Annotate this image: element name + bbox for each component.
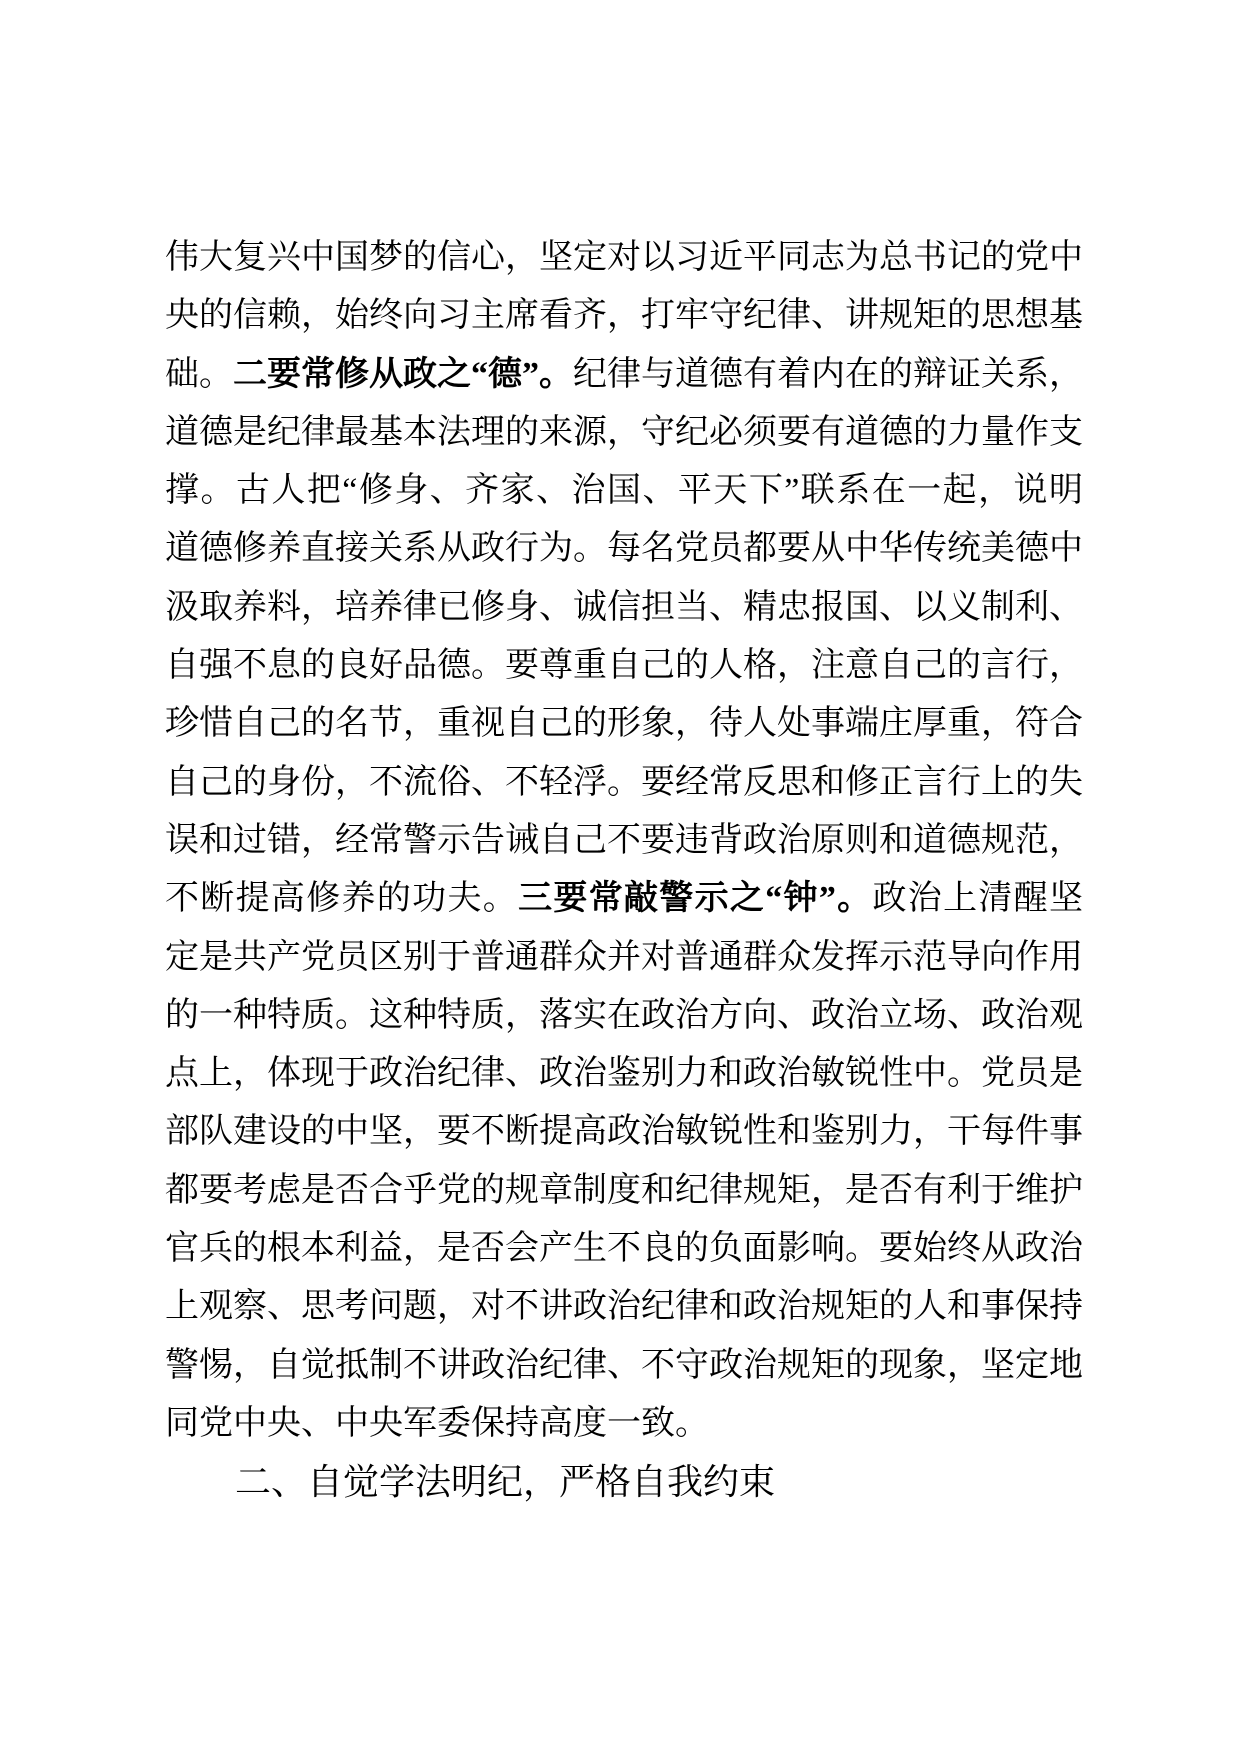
text-run: 道德是纪律最基本法理的来源，守纪必须要有道德的力量作支 — [165, 414, 1083, 451]
text-run: 自己的身份，不流俗、不轻浮。要经常反思和修正言行上的失 — [165, 764, 1083, 801]
text-run: 汲取养料，培养律已修身、诚信担当、精忠报国、以义制利、 — [165, 589, 1083, 626]
text-run: 都要考虑是否合乎党的规章制度和纪律规矩，是否有利于维护 — [165, 1172, 1083, 1209]
document-page: 伟大复兴中国梦的信心，坚定对以习近平同志为总书记的党中 央的信赖，始终向习主席看… — [0, 0, 1241, 1755]
text-run: 警惕，自觉抵制不讲政治纪律、不守政治规矩的现象，坚定地 — [165, 1347, 1083, 1384]
text-line: 定是共产党员区别于普通群众并对普通群众发挥示范导向作用 — [165, 929, 1083, 987]
text-line: 央的信赖，始终向习主席看齐，打牢守纪律、讲规矩的思想基 — [165, 287, 1083, 345]
text-line: 珍惜自己的名节，重视自己的形象，待人处事端庄厚重，符合 — [165, 695, 1083, 753]
text-run: 政治上清醒坚 — [872, 880, 1083, 917]
text-run: 央的信赖，始终向习主席看齐，打牢守纪律、讲规矩的思想基 — [165, 297, 1083, 334]
text-run: 官兵的根本利益，是否会产生不良的负面影响。要始终从政治 — [165, 1230, 1083, 1267]
text-run: 部队建设的中坚，要不断提高政治敏锐性和鉴别力，干每件事 — [165, 1113, 1083, 1150]
text-run: 定是共产党员区别于普通群众并对普通群众发挥示范导向作用 — [165, 939, 1083, 976]
section-heading-text: 二、自觉学法明纪，严格自我约束 — [235, 1461, 775, 1502]
text-run: 撑。古人把“修身、齐家、治国、平天下”联系在一起，说明 — [165, 472, 1083, 509]
text-line: 础。二要常修从政之“德”。纪律与道德有着内在的辩证关系， — [165, 346, 1083, 404]
text-line: 伟大复兴中国梦的信心，坚定对以习近平同志为总书记的党中 — [165, 229, 1083, 287]
text-run: 础。 — [165, 356, 233, 393]
text-line: 道德是纪律最基本法理的来源，守纪必须要有道德的力量作支 — [165, 404, 1083, 462]
text-line: 的一种特质。这种特质，落实在政治方向、政治立场、政治观 — [165, 987, 1083, 1045]
section-heading: 二、自觉学法明纪，严格自我约束 — [165, 1453, 1083, 1511]
text-run: 误和过错，经常警示告诫自己不要违背政治原则和道德规范， — [165, 822, 1083, 859]
text-run: 自强不息的良好品德。要尊重自己的人格，注意自己的言行， — [165, 647, 1083, 684]
text-line: 自己的身份，不流俗、不轻浮。要经常反思和修正言行上的失 — [165, 754, 1083, 812]
text-run: 纪律与道德有着内在的辩证关系， — [573, 356, 1083, 393]
text-line: 官兵的根本利益，是否会产生不良的负面影响。要始终从政治 — [165, 1220, 1083, 1278]
text-line: 撑。古人把“修身、齐家、治国、平天下”联系在一起，说明 — [165, 462, 1083, 520]
text-line: 部队建设的中坚，要不断提高政治敏锐性和鉴别力，干每件事 — [165, 1103, 1083, 1161]
text-line: 都要考虑是否合乎党的规章制度和纪律规矩，是否有利于维护 — [165, 1162, 1083, 1220]
text-run: 道德修养直接关系从政行为。每名党员都要从中华传统美德中 — [165, 530, 1083, 567]
text-line: 不断提高修养的功夫。三要常敲警示之“钟”。政治上清醒坚 — [165, 870, 1083, 928]
text-line: 上观察、思考问题，对不讲政治纪律和政治规矩的人和事保持 — [165, 1278, 1083, 1336]
text-run: 上观察、思考问题，对不讲政治纪律和政治规矩的人和事保持 — [165, 1288, 1083, 1325]
text-line: 自强不息的良好品德。要尊重自己的人格，注意自己的言行， — [165, 637, 1083, 695]
bold-emphasis-run: 二要常修从政之“德”。 — [233, 356, 573, 393]
text-run: 的一种特质。这种特质，落实在政治方向、政治立场、政治观 — [165, 997, 1083, 1034]
text-line: 道德修养直接关系从政行为。每名党员都要从中华传统美德中 — [165, 520, 1083, 578]
text-run: 不断提高修养的功夫。 — [165, 880, 518, 917]
text-run: 同党中央、中央军委保持高度一致。 — [165, 1405, 709, 1442]
text-line: 汲取养料，培养律已修身、诚信担当、精忠报国、以义制利、 — [165, 579, 1083, 637]
text-line: 警惕，自觉抵制不讲政治纪律、不守政治规矩的现象，坚定地 — [165, 1337, 1083, 1395]
text-run: 伟大复兴中国梦的信心，坚定对以习近平同志为总书记的党中 — [165, 239, 1083, 276]
page-body-text: 伟大复兴中国梦的信心，坚定对以习近平同志为总书记的党中 央的信赖，始终向习主席看… — [165, 229, 1083, 1512]
bold-emphasis-run: 三要常敲警示之“钟”。 — [518, 880, 872, 917]
text-line: 同党中央、中央军委保持高度一致。 — [165, 1395, 1083, 1453]
text-run: 珍惜自己的名节，重视自己的形象，待人处事端庄厚重，符合 — [165, 705, 1083, 742]
text-run: 点上，体现于政治纪律、政治鉴别力和政治敏锐性中。党员是 — [165, 1055, 1083, 1092]
text-line: 误和过错，经常警示告诫自己不要违背政治原则和道德规范， — [165, 812, 1083, 870]
text-line: 点上，体现于政治纪律、政治鉴别力和政治敏锐性中。党员是 — [165, 1045, 1083, 1103]
